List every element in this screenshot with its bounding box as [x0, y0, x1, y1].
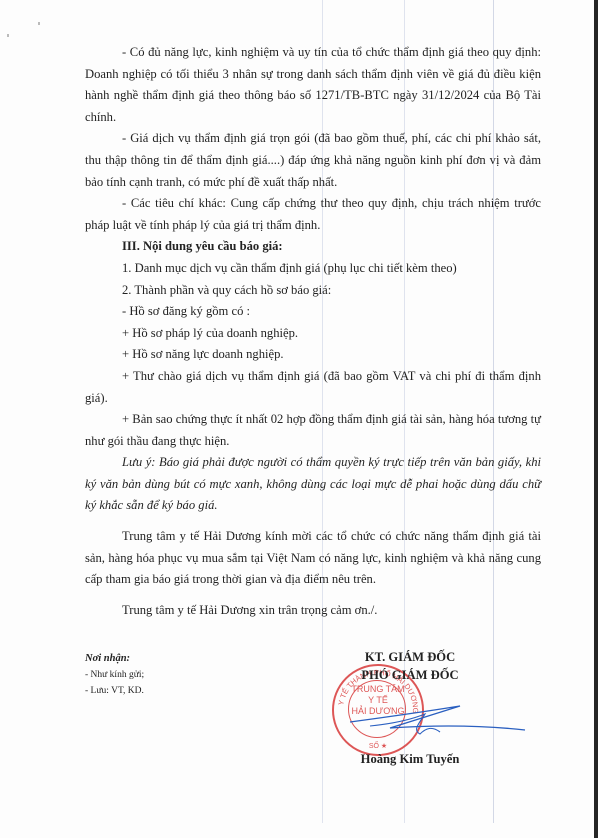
paragraph-capability: - Có đủ năng lực, kinh nghiệm và uy tín …: [85, 42, 541, 128]
paragraph-price: - Giá dịch vụ thẩm định giá trọn gói (đã…: [85, 128, 541, 193]
list-item: 2. Thành phần và quy cách hồ sơ báo giá:: [85, 280, 541, 302]
invitation-paragraph: Trung tâm y tế Hải Dương kính mời các tổ…: [85, 526, 541, 591]
scan-speck: [7, 34, 9, 37]
signer-name: Hoàng Kim Tuyến: [330, 750, 490, 768]
list-item: - Hồ sơ đăng ký gồm có :: [85, 301, 541, 323]
list-item: 1. Danh mục dịch vụ cần thẩm định giá (p…: [85, 258, 541, 280]
section-heading: III. Nội dung yêu cầu báo giá:: [85, 236, 541, 258]
recipients-block: Nơi nhận: - Như kính gửi; - Lưu: VT, KD.: [85, 651, 144, 699]
paragraph-other-criteria: - Các tiêu chí khác: Cung cấp chứng thư …: [85, 193, 541, 236]
signature-title: KT. GIÁM ĐỐC: [330, 648, 490, 666]
scan-speck: [38, 22, 40, 25]
recipient-item: - Như kính gửi;: [85, 667, 144, 683]
recipient-item: - Lưu: VT, KD.: [85, 683, 144, 699]
handwritten-signature: [350, 700, 530, 740]
list-item: + Hồ sơ pháp lý của doanh nghiệp.: [85, 323, 541, 345]
list-item: + Bản sao chứng thực ít nhất 02 hợp đồng…: [85, 409, 541, 452]
scan-edge: [594, 0, 598, 838]
signature-subtitle: PHÓ GIÁM ĐỐC: [330, 666, 490, 684]
list-item: + Thư chào giá dịch vụ thẩm định giá (đã…: [85, 366, 541, 409]
thanks-line: Trung tâm y tế Hải Dương xin trân trọng …: [85, 600, 541, 622]
recipients-title: Nơi nhận:: [85, 651, 144, 667]
document-body: - Có đủ năng lực, kinh nghiệm và uy tín …: [85, 42, 541, 621]
list-item: + Hồ sơ năng lực doanh nghiệp.: [85, 344, 541, 366]
note-paragraph: Lưu ý: Báo giá phải được người có thẩm q…: [85, 452, 541, 517]
